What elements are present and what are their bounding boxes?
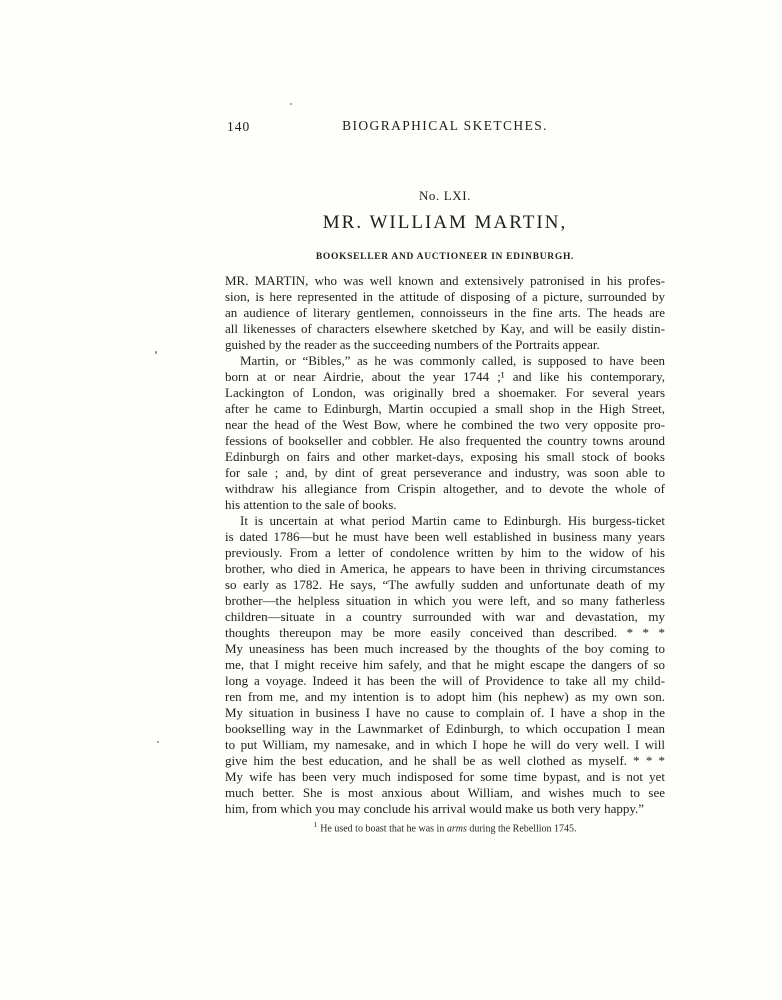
book-page: 140 BIOGRAPHICAL SKETCHES. No. LXI. MR. … <box>0 0 782 1000</box>
text-line: children—situate in a country surrounded… <box>225 609 665 625</box>
text-line: brother—the helpless situation in which … <box>225 593 665 609</box>
text-line: me, that I might receive him safely, and… <box>225 657 665 673</box>
text-line: thoughts thereupon may be more easily co… <box>225 625 665 641</box>
text-line: My uneasiness has been much increased by… <box>225 641 665 657</box>
chapter-title: MR. WILLIAM MARTIN, <box>225 212 665 234</box>
text-line: It is uncertain at what period Martin ca… <box>225 513 665 529</box>
text-line: him, from which you may conclude his arr… <box>225 801 665 817</box>
text-line: withdraw his allegiance from Crispin alt… <box>225 481 665 497</box>
footnote: 1He used to boast that he was in arms du… <box>225 820 665 834</box>
text-line: long a voyage. Indeed it has been the wi… <box>225 673 665 689</box>
text-line: Lackington of London, was originally bre… <box>225 385 665 401</box>
text-line: previously. From a letter of condolence … <box>225 545 665 561</box>
text-line: for sale ; and, by dint of great perseve… <box>225 465 665 481</box>
footnote-text-italic: arms <box>447 823 467 834</box>
scan-speck <box>290 103 292 105</box>
running-title: BIOGRAPHICAL SKETCHES. <box>225 118 665 134</box>
text-line: fessions of bookseller and cobbler. He a… <box>225 433 665 449</box>
chapter-subtitle: BOOKSELLER AND AUCTIONEER IN EDINBURGH. <box>225 252 665 262</box>
section-number: No. LXI. <box>225 188 665 204</box>
text-line: is dated 1786—but he must have been well… <box>225 529 665 545</box>
text-column: 140 BIOGRAPHICAL SKETCHES. No. LXI. MR. … <box>225 0 665 1000</box>
text-line: give him the best education, and he shal… <box>225 753 665 769</box>
text-line: so early as 1782. He says, “The awfully … <box>225 577 665 593</box>
scan-speck <box>155 351 157 354</box>
text-line: after he came to Edinburgh, Martin occup… <box>225 401 665 417</box>
footnote-text-pre: He used to boast that he was in <box>320 823 447 834</box>
text-line: sion, is here represented in the attitud… <box>225 289 665 305</box>
footnote-text-post: during the Rebellion 1745. <box>467 823 577 834</box>
text-line: brother, who died in America, he appears… <box>225 561 665 577</box>
body-text: MR. MARTIN, who was well known and exten… <box>225 273 665 817</box>
text-line: born at or near Airdrie, about the year … <box>225 369 665 385</box>
text-line: his attention to the sale of books. <box>225 497 665 513</box>
text-line: ren from me, and my intention is to adop… <box>225 689 665 705</box>
text-line: an audience of literary gentlemen, conno… <box>225 305 665 321</box>
text-line: much better. She is most anxious about W… <box>225 785 665 801</box>
text-line: MR. MARTIN, who was well known and exten… <box>225 273 665 289</box>
text-line: Martin, or “Bibles,” as he was commonly … <box>225 353 665 369</box>
text-line: bookselling way in the Lawnmarket of Edi… <box>225 721 665 737</box>
text-line: Edinburgh on fairs and other market-days… <box>225 449 665 465</box>
scan-speck <box>157 741 159 743</box>
text-line: guished by the reader as the succeeding … <box>225 337 665 353</box>
page-number: 140 <box>227 119 250 135</box>
text-line: to put William, my namesake, and in whic… <box>225 737 665 753</box>
text-line: near the head of the West Bow, where he … <box>225 417 665 433</box>
text-line: My wife has been very much indisposed fo… <box>225 769 665 785</box>
running-head: 140 BIOGRAPHICAL SKETCHES. <box>225 118 665 136</box>
text-line: My situation in business I have no cause… <box>225 705 665 721</box>
footnote-marker: 1 <box>313 820 317 829</box>
text-line: all likenesses of characters elsewhere s… <box>225 321 665 337</box>
